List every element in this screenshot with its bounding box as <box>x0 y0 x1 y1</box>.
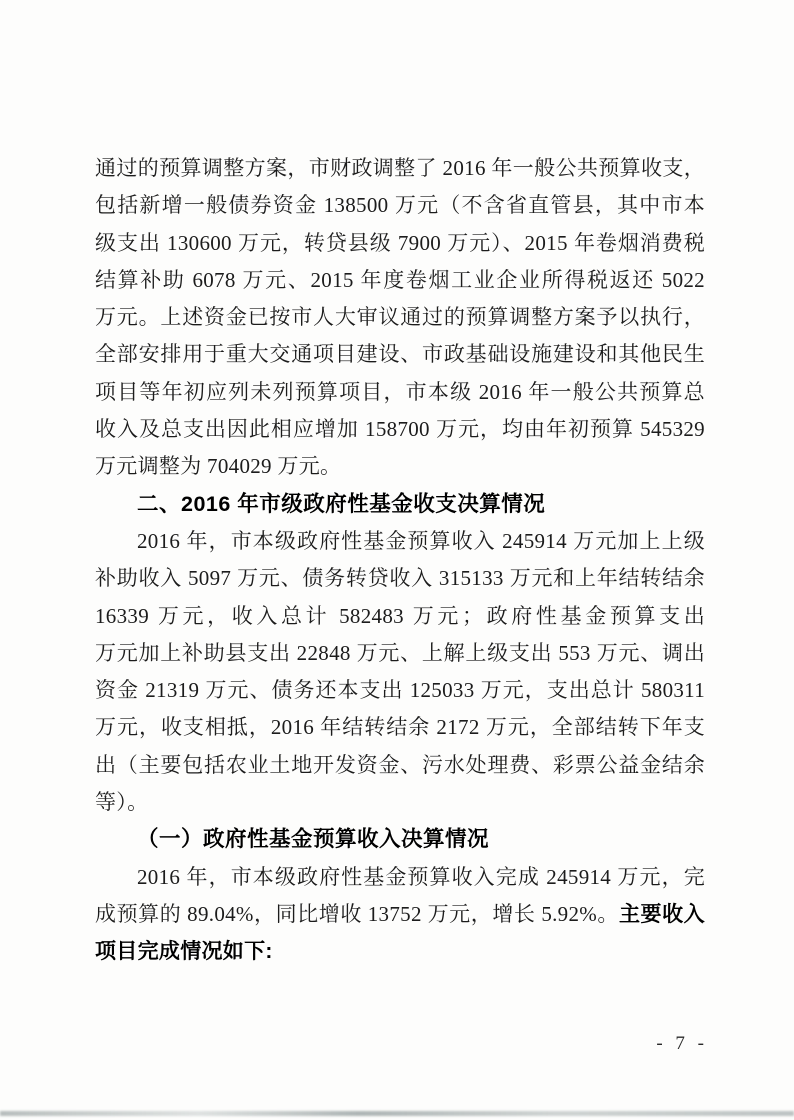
paragraph1-line-5: 万元。上述资金已按市人大审议通过的预算调整方案予以执行， <box>95 299 705 336</box>
paragraph1-line-6: 全部安排用于重大交通项目建设、市政基础设施建设和其他民生 <box>95 336 705 373</box>
paragraph2-line-6: 万元，收支相抵，2016 年结转结余 2172 万元，全部结转下年支 <box>95 709 705 746</box>
subsection-heading: （一）政府性基金预算收入决算情况 <box>95 821 705 858</box>
paragraph2-line-2: 补助收入 5097 万元、债务转贷收入 315133 万元和上年结转结余 <box>95 560 705 597</box>
paragraph1-line-1: 通过的预算调整方案，市财政调整了 2016 年一般公共预算收支， <box>95 150 705 187</box>
paragraph2-line-8: 等）。 <box>95 784 705 821</box>
paragraph3-line-2: 成预算的 89.04%，同比增收 13752 万元，增长 5.92%。主要收入 <box>95 896 705 933</box>
paragraph1-line-3: 级支出 130600 万元，转贷县级 7900 万元）、2015 年卷烟消费税 <box>95 225 705 262</box>
paragraph1-line-2: 包括新增一般债券资金 138500 万元（不含省直管县，其中市本 <box>95 187 705 224</box>
paragraph3-line-3: 项目完成情况如下: <box>95 933 705 970</box>
paragraph2-line-3: 16339 万元，收入总计 582483 万元；政府性基金预算支出 410558 <box>95 598 705 635</box>
paragraph2-line-1: 2016 年，市本级政府性基金预算收入 245914 万元加上上级 <box>95 523 705 560</box>
paragraph3-line-2-bold: 主要收入 <box>619 903 705 926</box>
document-page: 通过的预算调整方案，市财政调整了 2016 年一般公共预算收支， 包括新增一般债… <box>0 0 794 1120</box>
paragraph1-line-9: 万元调整为 704029 万元。 <box>95 448 705 485</box>
paragraph2-line-5: 资金 21319 万元、债务还本支出 125033 万元，支出总计 580311 <box>95 672 705 709</box>
paragraph1-line-8: 收入及总支出因此相应增加 158700 万元，均由年初预算 545329 <box>95 411 705 448</box>
paragraph3-line-2-regular: 成预算的 89.04%，同比增收 13752 万元，增长 5.92%。 <box>95 902 619 926</box>
paragraph2-line-4: 万元加上补助县支出 22848 万元、上解上级支出 553 万元、调出 <box>95 635 705 672</box>
scan-edge-artifact <box>0 1111 794 1116</box>
section-heading: 二、2016 年市级政府性基金收支决算情况 <box>95 486 705 523</box>
paragraph2-line-7: 出（主要包括农业土地开发资金、污水处理费、彩票公益金结余 <box>95 747 705 784</box>
paragraph3-line-1: 2016 年，市本级政府性基金预算收入完成 245914 万元，完 <box>95 859 705 896</box>
document-text-block: 通过的预算调整方案，市财政调整了 2016 年一般公共预算收支， 包括新增一般债… <box>95 150 705 971</box>
paragraph1-line-7: 项目等年初应列未列预算项目，市本级 2016 年一般公共预算总 <box>95 374 705 411</box>
paragraph1-line-4: 结算补助 6078 万元、2015 年度卷烟工业企业所得税返还 5022 <box>95 262 705 299</box>
page-number: - 7 - <box>656 1033 708 1055</box>
